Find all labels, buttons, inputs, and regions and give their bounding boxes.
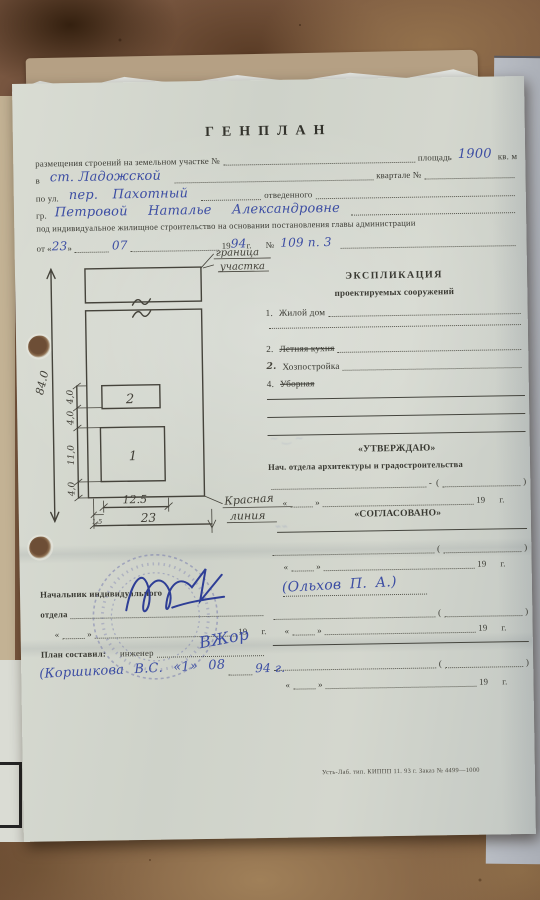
dim-extension-lines [77,386,104,498]
agree-date-line: « » 19 г. [270,558,506,572]
quote-close: » [318,679,323,689]
overall-height-dim-label: 84.0 [33,369,51,396]
area-units: кв. м [498,151,518,161]
settlement-blank [174,177,373,183]
boundary-leader [201,254,214,268]
inner-width-label: 12.5 [122,493,147,506]
settlement-pre: в [35,176,40,186]
building-1-label: 1 [129,449,138,464]
year-suffix: г. [261,626,266,636]
composer-line: (Коршикова В.С. «1» 08 94 г. [39,660,285,679]
dim-chain-1: 4,0 [66,410,76,426]
street-pre: по ул. [36,193,59,203]
area-value-handwritten: 1900 [458,146,492,162]
date-line-blank [341,243,516,249]
settlement-value-handwritten: ст. Ладожской [50,169,161,186]
explication-subtitle-text: проектируемых сооружений [334,286,454,298]
paren-close: ) [523,476,526,486]
underlying-page-frame-corner [0,762,22,828]
year-printed: 19 [476,495,485,505]
quote-open: « [285,626,290,636]
item-leader-dots [328,311,520,317]
signature-dots [271,485,426,490]
quote-close: » [316,561,321,571]
quote-open: « [285,680,290,690]
item-label-struck: Летняя кухня [279,343,334,354]
paren-close: ) [526,657,529,667]
day-dots [62,636,84,639]
quarter-label: квартале № [376,170,421,181]
day-dots [290,504,312,507]
imprint-text: Усть-Лаб. тип. КИППП 11. 93 г. Заказ № 4… [322,767,480,776]
paren-close: ) [524,542,527,552]
building-2-label: 2 [125,392,135,407]
print-shop-imprint: Усть-Лаб. тип. КИППП 11. 93 г. Заказ № 4… [285,766,517,777]
ghost-ink-mark: ~ ‿ ~ [269,431,303,445]
day-dots [292,632,314,635]
signature-line-2: ( ) [270,606,528,620]
red-line-label-1: Красная [223,491,274,507]
paren-open: ( [437,543,440,553]
overall-height-dim-line [51,269,55,521]
item-number: 4. [267,379,274,389]
paren-open: ( [439,658,442,668]
composer-dots [228,672,252,675]
item-label-struck: Уборная [280,378,315,389]
red-line-label-2: линия [230,509,266,523]
engineer-label: инженер [120,648,154,659]
explication-title-text: ЭКСПЛИКАЦИЯ [345,269,443,282]
item-number: 1. [266,308,273,318]
month-dots [324,566,474,571]
plot-strip-outline [85,267,202,303]
signature-dots [273,614,435,620]
plot-boundary-outline [86,309,205,498]
composer-year-handwritten: 94 г. [255,661,285,675]
year-suffix: г. [500,558,505,568]
citizen-blank [351,210,515,216]
ghost-ink-mark: ⌁⌁ [274,520,287,533]
year-printed: 19 [478,623,487,633]
paren-close: ) [525,606,528,616]
plan-by-label: План составил: [41,649,106,660]
month-dots [326,684,476,689]
dim-chain-0: 4,0 [66,389,76,405]
approve-heading-text: «УТВЕРЖДАЮ» [358,442,436,454]
title-text: ГЕНПЛАН [205,123,333,141]
item-number-corrected: 2. [266,361,276,372]
dim-chain-2: 11,0 [67,445,77,465]
dim-chain-3: 4,0 [67,481,77,497]
year-suffix: г. [501,622,506,632]
left-dim-chain-line [77,386,79,498]
page-title: ГЕНПЛАН [13,120,525,144]
genplan-document-page: ГЕНПЛАН размещения строений на земельном… [12,76,536,842]
agree-heading-text: «СОГЛАСОВАНО» [354,507,441,519]
dash: - [429,477,432,487]
quote-open: « [283,498,288,508]
day-dots [293,686,315,689]
item-number: 2. [266,344,273,354]
quote-close: » [317,625,322,635]
signature-line-3: ( ) [271,657,529,671]
total-width-label: 23 [140,511,157,525]
approve-position-text: Нач. отдела архитектуры и градостроитель… [268,459,463,472]
year-suffix: г. [499,494,504,504]
street-value-handwritten: пер. Пахотный [69,186,189,203]
quote-open: « [55,629,60,639]
signature-dots [274,665,436,671]
street-blank [201,197,261,201]
engineer-signature: ВЖор [199,628,250,648]
plan-by-line: План составил: инженер [41,646,267,660]
break-marks [132,299,150,317]
boundary-label-1: граница [216,247,260,259]
plot-label: размещения строений на земельном участке… [35,156,220,169]
date-line-3: « » 19 г. [271,676,507,690]
basis-text: под индивидуальное жилищное строительств… [36,218,416,234]
year-suffix: г. [502,676,507,686]
year-printed: 19 [479,677,488,687]
chief-text-2: отдела [40,609,68,619]
small-width-label: 1,5 [92,518,102,526]
quote-close: » [315,497,320,507]
year-printed: 19 [477,559,486,569]
inner-width-dim-line [104,507,169,508]
paren-open: ( [438,607,441,617]
citizen-pre: гр. [36,210,47,220]
quote-open: « [284,562,289,572]
allotted-label: отведенного [264,189,312,200]
item-label: Хозпостройка [282,361,339,372]
paren-open: ( [436,477,439,487]
citizen-name-handwritten: Петровой Наталье Александровне [55,201,340,220]
signature-stroke [126,569,225,612]
chief-signature-ink [119,554,250,626]
approved-name-handwritten: (Ольхов П. А.) [282,576,397,594]
red-line-leader [204,496,222,504]
area-label: площадь [418,152,452,163]
quote-close: » [87,629,92,639]
item-label: Жилой дом [279,307,325,318]
day-dots [291,568,313,571]
